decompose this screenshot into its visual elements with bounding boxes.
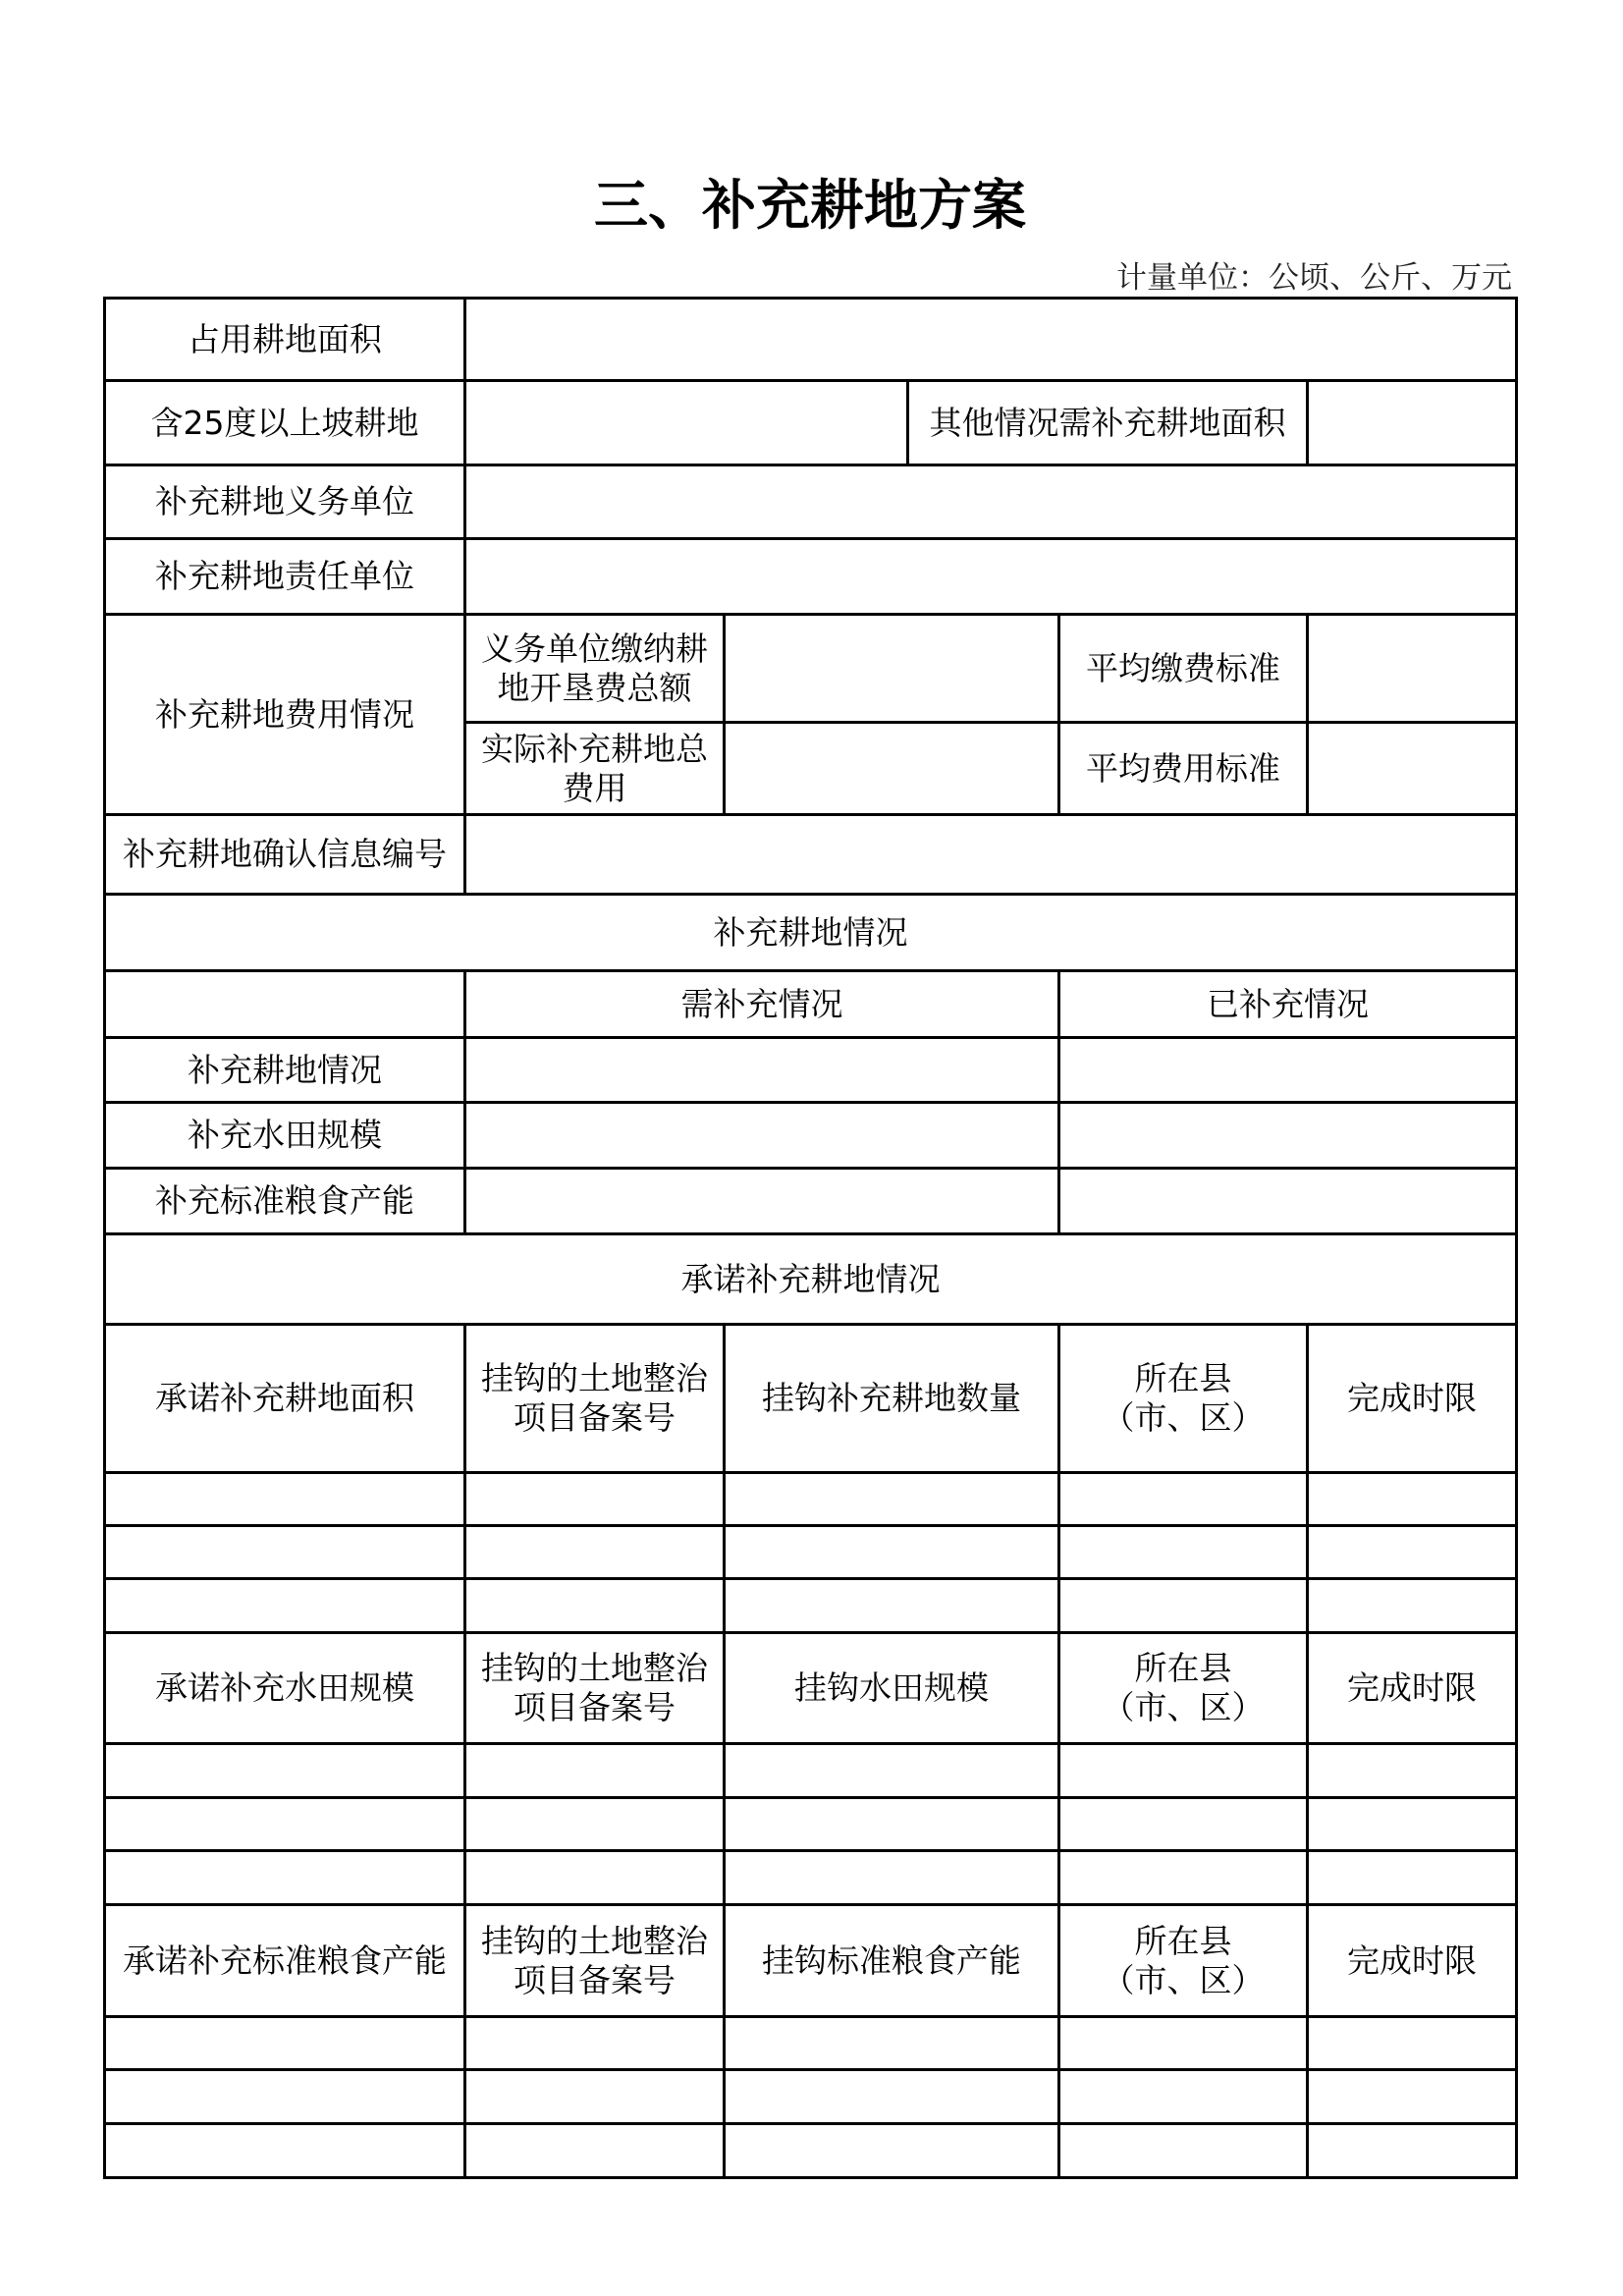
commitment-cell[interactable] [1308,1798,1517,1851]
row-supplement-section: 补充耕地情况 [105,895,1517,971]
commitment-cell[interactable] [105,2124,465,2178]
commitment-data-row [105,1579,1517,1633]
other-required-area-label: 其他情况需补充耕地面积 [908,381,1308,465]
commitment-data-row [105,1473,1517,1526]
supplement-row: 补充耕地情况 [105,1038,1517,1103]
commitment-cell[interactable] [725,2070,1059,2124]
commitment-cell[interactable] [465,2070,725,2124]
commitment-data-row [105,1744,1517,1798]
needed-column-header: 需补充情况 [465,971,1059,1038]
commitment-cell[interactable] [105,1579,465,1633]
other-required-area-value[interactable] [1308,381,1517,465]
commitment-header: 承诺补充标准粮食产能 [105,1905,465,2017]
commitment-data-row [105,2070,1517,2124]
commitment-cell[interactable] [725,2017,1059,2070]
commitment-cell[interactable] [465,1526,725,1579]
commitment-data-row [105,2017,1517,2070]
row-slope-25: 含25度以上坡耕地 其他情况需补充耕地面积 [105,381,1517,465]
commitment-cell[interactable] [105,1851,465,1905]
commitment-header: 挂钩水田规模 [725,1633,1059,1744]
supplement-completed-value[interactable] [1059,1103,1517,1169]
commitment-area-header-row: 承诺补充耕地面积 挂钩的土地整治 项目备案号 挂钩补充耕地数量 所在县 （市、区… [105,1325,1517,1473]
commitment-header: 所在县 （市、区） [1059,1905,1308,2017]
commitment-cell[interactable] [105,1744,465,1798]
commitment-header: 挂钩标准粮食产能 [725,1905,1059,2017]
commitment-cell[interactable] [725,1851,1059,1905]
commitment-cell[interactable] [105,1798,465,1851]
commitment-cell[interactable] [105,2070,465,2124]
commitment-cell[interactable] [1059,1744,1308,1798]
commitment-header: 完成时限 [1308,1325,1517,1473]
avg-payment-standard-label: 平均缴费标准 [1059,615,1308,723]
obligation-unit-label: 补充耕地义务单位 [105,465,465,539]
commitment-cell[interactable] [1308,1526,1517,1579]
commitment-header: 挂钩的土地整治 项目备案号 [465,1325,725,1473]
supplement-corner-header [105,971,465,1038]
commitment-paddy-header-row: 承诺补充水田规模 挂钩的土地整治 项目备案号 挂钩水田规模 所在县 （市、区） … [105,1633,1517,1744]
completed-column-header: 已补充情况 [1059,971,1517,1038]
commitment-cell[interactable] [725,1744,1059,1798]
commitment-cell[interactable] [465,2124,725,2178]
commitment-cell[interactable] [465,2017,725,2070]
commitment-data-row [105,1798,1517,1851]
supplement-row-label: 补充耕地情况 [105,1038,465,1103]
commitment-cell[interactable] [1059,2070,1308,2124]
commitment-header: 挂钩补充耕地数量 [725,1325,1059,1473]
commitment-cell[interactable] [725,2124,1059,2178]
commitment-header: 完成时限 [1308,1633,1517,1744]
row-occupied-area: 占用耕地面积 [105,299,1517,381]
confirmation-number-value[interactable] [465,815,1517,895]
supplement-row: 补充标准粮食产能 [105,1169,1517,1234]
supplementary-farmland-plan-table: 占用耕地面积 含25度以上坡耕地 其他情况需补充耕地面积 补充耕地义务单位 补充… [103,297,1518,2179]
commitment-cell[interactable] [105,1473,465,1526]
commitment-data-row [105,1851,1517,1905]
supplement-needed-value[interactable] [465,1169,1059,1234]
supplement-section-title: 补充耕地情况 [105,895,1517,971]
row-confirmation-number: 补充耕地确认信息编号 [105,815,1517,895]
row-obligation-unit: 补充耕地义务单位 [105,465,1517,539]
commitment-cell[interactable] [1308,1579,1517,1633]
commitment-header: 挂钩的土地整治 项目备案号 [465,1905,725,2017]
supplement-row: 补充水田规模 [105,1103,1517,1169]
avg-cost-standard-label: 平均费用标准 [1059,723,1308,815]
occupied-area-value[interactable] [465,299,1517,381]
document-page: 三、补充耕地方案 计量单位：公顷、公斤、万元 占用耕地面积 含25度以上坡耕地 … [0,0,1623,2296]
row-supplement-headers: 需补充情况 已补充情况 [105,971,1517,1038]
commitment-header: 承诺补充水田规模 [105,1633,465,1744]
row-commitment-section: 承诺补充耕地情况 [105,1234,1517,1325]
commitment-cell[interactable] [1059,1579,1308,1633]
slope-25-label: 含25度以上坡耕地 [105,381,465,465]
commitment-cell[interactable] [725,1579,1059,1633]
supplement-completed-value[interactable] [1059,1038,1517,1103]
row-fees-paid: 补充耕地费用情况 义务单位缴纳耕 地开垦费总额 平均缴费标准 [105,615,1517,723]
commitment-cell[interactable] [465,1798,725,1851]
commitment-cell[interactable] [1059,1473,1308,1526]
commitment-cell[interactable] [1308,2017,1517,2070]
fees-label: 补充耕地费用情况 [105,615,465,815]
commitment-cell[interactable] [105,1526,465,1579]
commitment-cell[interactable] [1308,2070,1517,2124]
responsible-unit-label: 补充耕地责任单位 [105,539,465,615]
confirmation-number-label: 补充耕地确认信息编号 [105,815,465,895]
supplement-row-label: 补充水田规模 [105,1103,465,1169]
commitment-grain-header-row: 承诺补充标准粮食产能 挂钩的土地整治 项目备案号 挂钩标准粮食产能 所在县 （市… [105,1905,1517,2017]
commitment-cell[interactable] [1059,1798,1308,1851]
commitment-header: 承诺补充耕地面积 [105,1325,465,1473]
commitment-cell[interactable] [465,1851,725,1905]
commitment-cell[interactable] [1308,2124,1517,2178]
supplement-needed-value[interactable] [465,1103,1059,1169]
commitment-header: 挂钩的土地整治 项目备案号 [465,1633,725,1744]
commitment-cell[interactable] [725,1473,1059,1526]
commitment-cell[interactable] [725,1526,1059,1579]
paid-total-label: 义务单位缴纳耕 地开垦费总额 [465,615,725,723]
avg-cost-standard-value[interactable] [1308,723,1517,815]
commitment-section-title: 承诺补充耕地情况 [105,1234,1517,1325]
commitment-cell[interactable] [1059,1851,1308,1905]
supplement-needed-value[interactable] [465,1038,1059,1103]
responsible-unit-value[interactable] [465,539,1517,615]
supplement-completed-value[interactable] [1059,1169,1517,1234]
slope-25-value[interactable] [465,381,908,465]
commitment-cell[interactable] [1059,2124,1308,2178]
page-title: 三、补充耕地方案 [0,174,1620,237]
commitment-cell[interactable] [1308,1744,1517,1798]
unit-note: 计量单位：公顷、公斤、万元 [1116,259,1512,297]
commitment-data-row [105,2124,1517,2178]
commitment-cell[interactable] [465,1579,725,1633]
paid-total-value[interactable] [725,615,1059,723]
row-responsible-unit: 补充耕地责任单位 [105,539,1517,615]
commitment-cell[interactable] [465,1744,725,1798]
commitment-cell[interactable] [1308,1851,1517,1905]
avg-payment-standard-value[interactable] [1308,615,1517,723]
commitment-header: 完成时限 [1308,1905,1517,2017]
occupied-area-label: 占用耕地面积 [105,299,465,381]
commitment-cell[interactable] [1308,1473,1517,1526]
commitment-cell[interactable] [725,1798,1059,1851]
commitment-cell[interactable] [1059,2017,1308,2070]
actual-total-value[interactable] [725,723,1059,815]
commitment-header: 所在县 （市、区） [1059,1633,1308,1744]
actual-total-label: 实际补充耕地总 费用 [465,723,725,815]
commitment-cell[interactable] [1059,1526,1308,1579]
commitment-data-row [105,1526,1517,1579]
obligation-unit-value[interactable] [465,465,1517,539]
commitment-cell[interactable] [105,2017,465,2070]
commitment-header: 所在县 （市、区） [1059,1325,1308,1473]
supplement-row-label: 补充标准粮食产能 [105,1169,465,1234]
commitment-cell[interactable] [465,1473,725,1526]
